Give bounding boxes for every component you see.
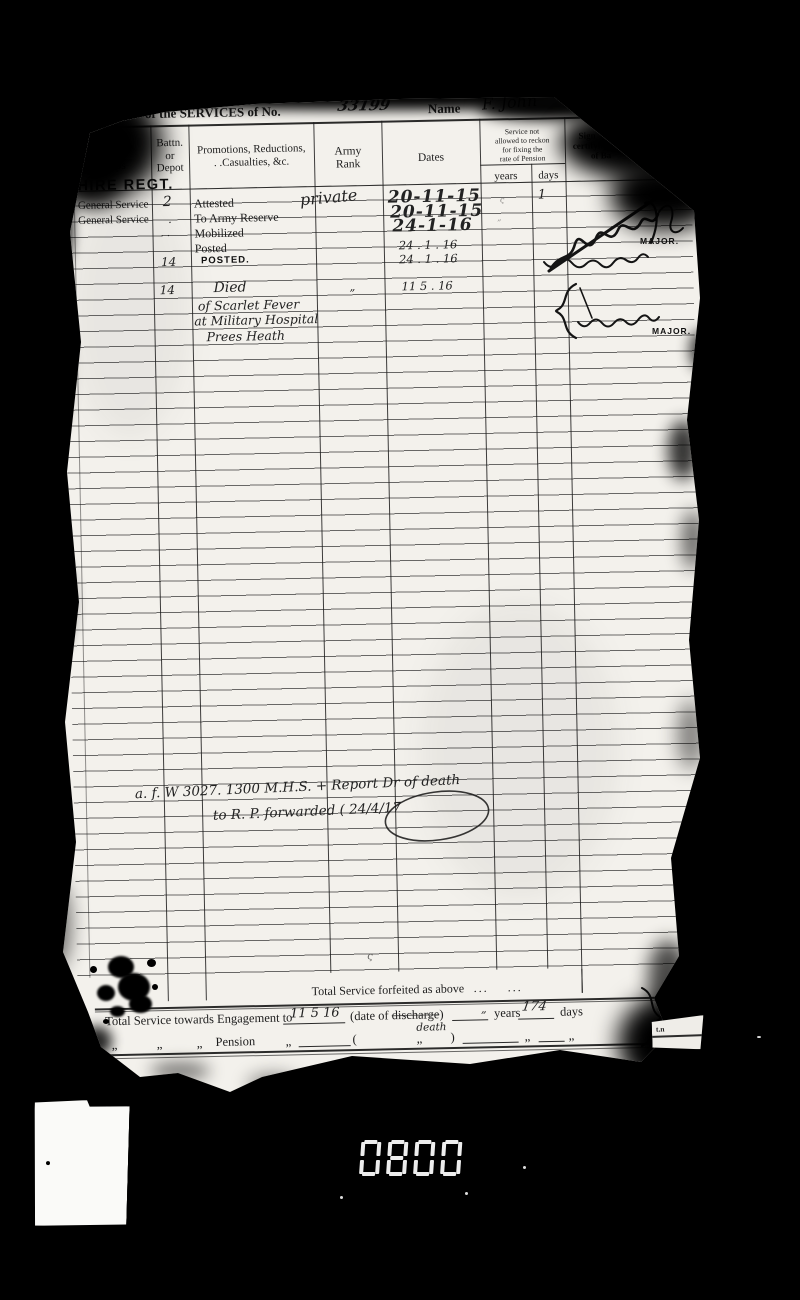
pension-label: Pension xyxy=(215,1034,255,1050)
edge-grime xyxy=(46,185,72,270)
edge-grime xyxy=(48,565,70,645)
fill-line xyxy=(298,1030,350,1047)
paren: ) xyxy=(450,1030,454,1045)
edge-rule xyxy=(652,1034,704,1037)
fill-line xyxy=(283,1007,345,1024)
ditto-mark: „ xyxy=(524,1028,530,1044)
document-paper: Corps Battn. or Depot Promotions, Reduct… xyxy=(0,0,800,1300)
film-speck xyxy=(465,1192,468,1195)
film-speck xyxy=(523,1166,526,1169)
stain-wash xyxy=(420,600,620,900)
engagement-label: Total Service towards Engagement to xyxy=(105,1010,293,1029)
ditto-mark: „ xyxy=(416,1031,422,1047)
scanned-service-record: Corps Battn. or Depot Promotions, Reduct… xyxy=(0,0,800,1300)
ditto-mark: „ xyxy=(156,1036,162,1052)
fill-line xyxy=(538,1026,564,1043)
film-speck xyxy=(340,1196,343,1199)
ditto-mark: „ xyxy=(285,1033,291,1049)
ink-speck xyxy=(46,1161,50,1165)
fill-line xyxy=(518,1003,554,1020)
ditto-mark: „ xyxy=(111,1037,117,1053)
tick-mark: „ xyxy=(481,1002,487,1015)
paper-fragment xyxy=(31,1099,130,1229)
years-label: years xyxy=(494,1006,521,1022)
ditto-mark: „ xyxy=(568,1027,574,1043)
frame-counter xyxy=(359,1140,470,1182)
bottom-rule xyxy=(96,1042,696,1057)
edge-fragment-text: t.n xyxy=(656,1024,665,1033)
days-label: days xyxy=(560,1004,583,1019)
ditto-mark: „ xyxy=(196,1035,202,1051)
stain-wash xyxy=(70,180,190,440)
film-speck xyxy=(757,1036,761,1038)
edge-grime xyxy=(42,320,64,430)
fill-line xyxy=(462,1027,518,1044)
paren: ( xyxy=(352,1032,356,1047)
